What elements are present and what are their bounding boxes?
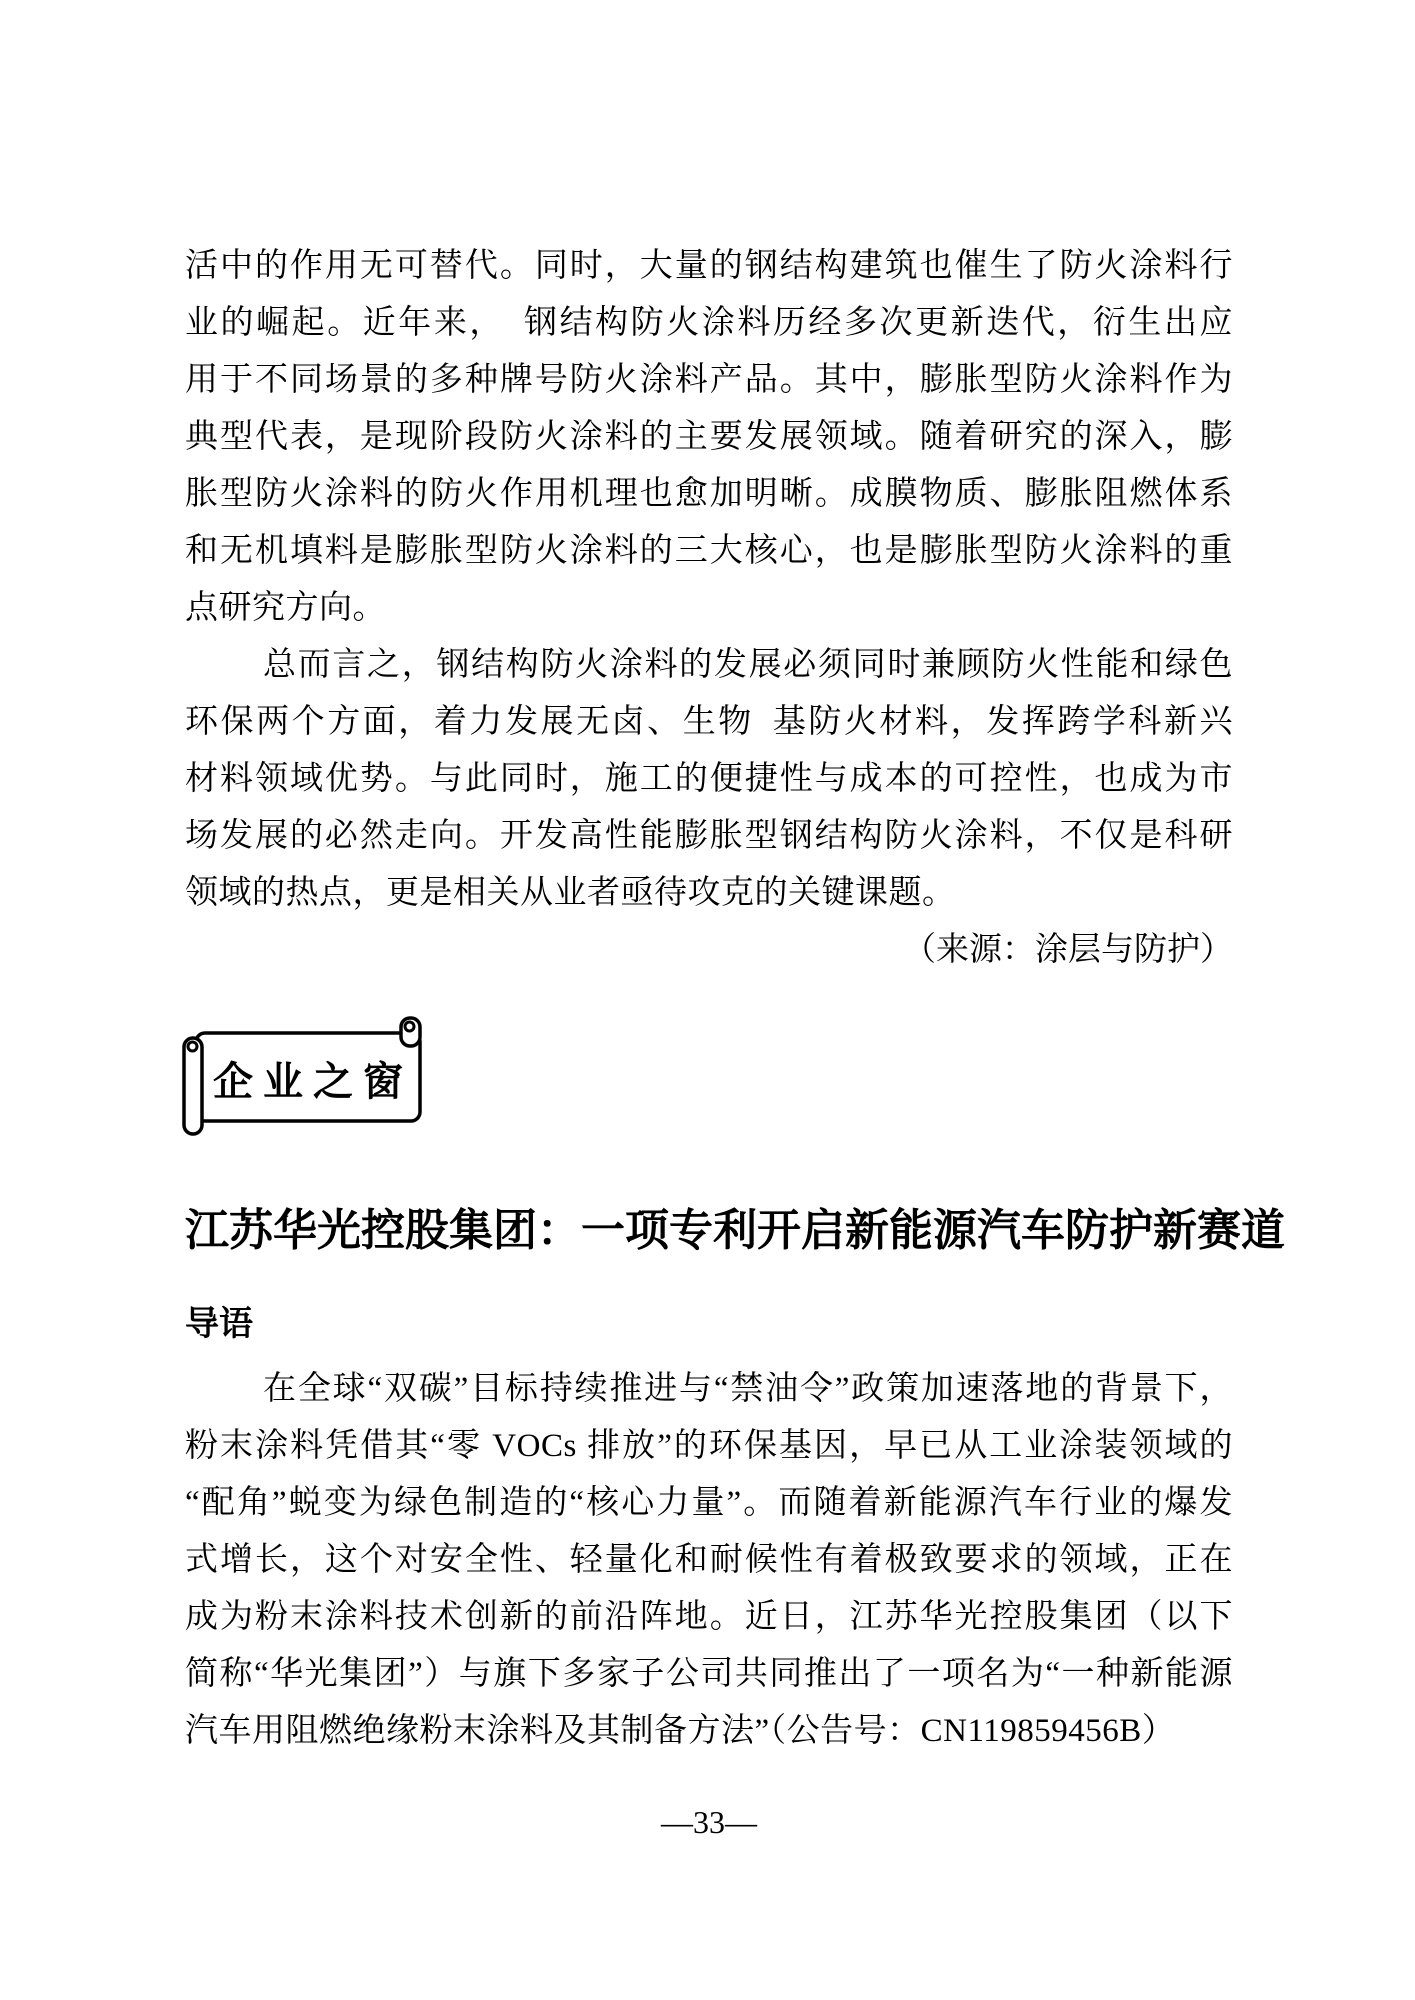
text-line: 和无机填料是膨胀型防火涂料的三大核心，也是膨胀型防火涂料的重 <box>185 523 1233 580</box>
text-line: 简称“华光集团”）与旗下多家子公司共同推出了一项名为“一种新能源 <box>185 1646 1233 1703</box>
text-line: 用于不同场景的多种牌号防火涂料产品。其中，膨胀型防火涂料作为 <box>185 352 1233 409</box>
text-line: 活中的作用无可替代。同时，大量的钢结构建筑也催生了防火涂料行 <box>185 238 1233 295</box>
document-page: 活中的作用无可替代。同时，大量的钢结构建筑也催生了防火涂料行业的崛起。近年来， … <box>0 0 1415 2000</box>
text-line: 业的崛起。近年来， 钢结构防火涂料历经多次更新迭代，衍生出应 <box>185 295 1233 352</box>
page-number: —33— <box>185 1800 1233 1844</box>
text-line: 粉末涂料凭借其“零 VOCs 排放”的环保基因，早已从工业涂装领域的 <box>185 1418 1233 1475</box>
section-banner: 企业之窗 <box>180 1013 430 1138</box>
text-line: “配角”蜕变为绿色制造的“核心力量”。而随着新能源汽车行业的爆发 <box>185 1475 1233 1532</box>
paragraph-conclusion: 总而言之，钢结构防火涂料的发展必须同时兼顾防火性能和绿色环保两个方面，着力发展无… <box>185 637 1233 922</box>
text-line: 总而言之，钢结构防火涂料的发展必须同时兼顾防火性能和绿色 <box>185 637 1233 694</box>
text-line: 汽车用阻燃绝缘粉末涂料及其制备方法”（公告号：CN119859456B） <box>185 1703 1233 1760</box>
source-attribution: （来源：涂层与防护） <box>185 922 1233 979</box>
lead-label: 导语 <box>185 1303 253 1347</box>
text-line: 胀型防火涂料的防火作用机理也愈加明晰。成膜物质、膨胀阻燃体系 <box>185 466 1233 523</box>
text-line: 成为粉末涂料技术创新的前沿阵地。近日，江苏华光控股集团（以下 <box>185 1589 1233 1646</box>
text-line: 材料领域优势。与此同时，施工的便捷性与成本的可控性，也成为市 <box>185 751 1233 808</box>
text-line: 典型代表，是现阶段防火涂料的主要发展领域。随着研究的深入，膨 <box>185 409 1233 466</box>
paragraph-lead-intro: 在全球“双碳”目标持续推进与“禁油令”政策加速落地的背景下，粉末涂料凭借其“零 … <box>185 1361 1233 1760</box>
paragraph-fire-coating-continued: 活中的作用无可替代。同时，大量的钢结构建筑也催生了防火涂料行业的崛起。近年来， … <box>185 238 1233 637</box>
article-headline: 江苏华光控股集团：一项专利开启新能源汽车防护新赛道 <box>185 1206 1233 1256</box>
text-line: 环保两个方面，着力发展无卤、生物 基防火材料，发挥跨学科新兴 <box>185 694 1233 751</box>
text-line: 点研究方向。 <box>185 580 1233 637</box>
text-line: 式增长，这个对安全性、轻量化和耐候性有着极致要求的领域，正在 <box>185 1532 1233 1589</box>
banner-label: 企业之窗 <box>196 1035 420 1121</box>
text-line: 场发展的必然走向。开发高性能膨胀型钢结构防火涂料，不仅是科研 <box>185 808 1233 865</box>
text-line: 领域的热点，更是相关从业者亟待攻克的关键课题。 <box>185 865 1233 922</box>
text-line: 在全球“双碳”目标持续推进与“禁油令”政策加速落地的背景下， <box>185 1361 1233 1418</box>
